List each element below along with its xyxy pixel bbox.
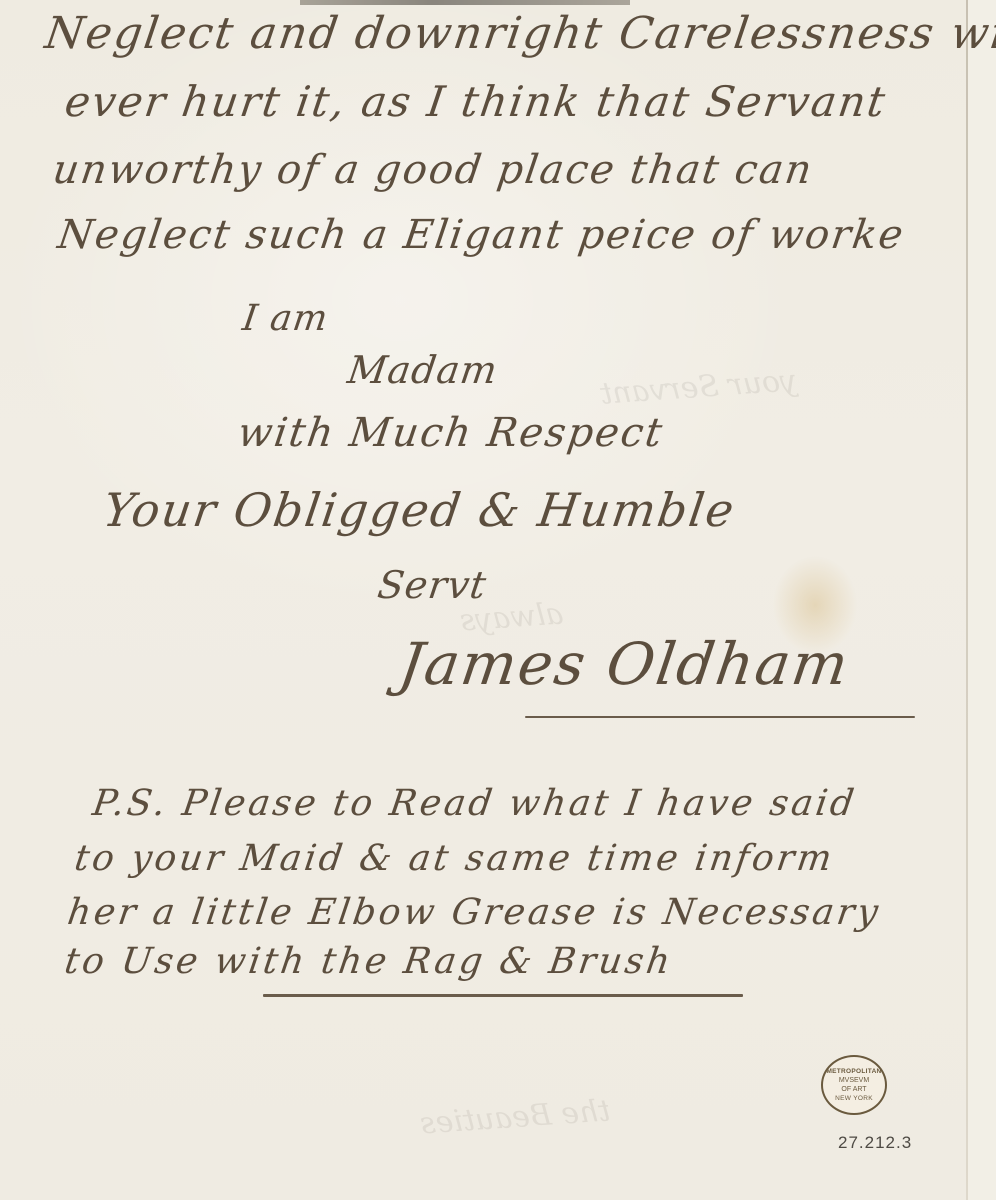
letter-page: your Servant always the Beauties Neglect… bbox=[0, 0, 996, 1200]
letter-line: Neglect such a Eligant peice of worke bbox=[55, 212, 908, 258]
closing-line: Madam bbox=[345, 348, 501, 392]
closing-line: Your Obligged & Humble bbox=[100, 483, 739, 537]
stamp-top-text: METROPOLITAN bbox=[826, 1067, 881, 1076]
letter-line: unworthy of a good place that can bbox=[50, 147, 816, 193]
closing-line: I am bbox=[240, 298, 331, 339]
stamp-middle-text: OF ART bbox=[841, 1085, 866, 1094]
closing-line: Servt bbox=[375, 563, 490, 607]
letter-line: ever hurt it, as I think that Servant bbox=[62, 77, 890, 126]
museum-stamp: METROPOLITAN MVSEVM OF ART NEW YORK bbox=[821, 1055, 887, 1115]
accession-number: 27.212.3 bbox=[838, 1133, 912, 1153]
letter-line: Neglect and downright Carelessness will bbox=[42, 8, 996, 59]
bleed-through-text: your Servant bbox=[599, 363, 798, 412]
postscript-line: to Use with the Rag & Brush bbox=[62, 941, 676, 982]
signature-underline bbox=[525, 716, 915, 718]
stamp-bottom-text: NEW YORK bbox=[835, 1094, 873, 1103]
signature: James Oldham bbox=[395, 630, 854, 698]
adjacent-page-edge bbox=[968, 0, 996, 1200]
closing-line: with Much Respect bbox=[235, 410, 667, 456]
postscript-line: her a little Elbow Grease is Necessary bbox=[65, 892, 883, 933]
postscript-underline bbox=[263, 994, 743, 997]
bleed-through-text: the Beauties bbox=[419, 1093, 611, 1141]
postscript-line: P.S. Please to Read what I have said bbox=[90, 783, 859, 824]
stamp-middle-text: MVSEVM bbox=[839, 1076, 869, 1085]
torn-top-edge bbox=[300, 0, 630, 5]
postscript-line: to your Maid & at same time inform bbox=[72, 838, 837, 879]
